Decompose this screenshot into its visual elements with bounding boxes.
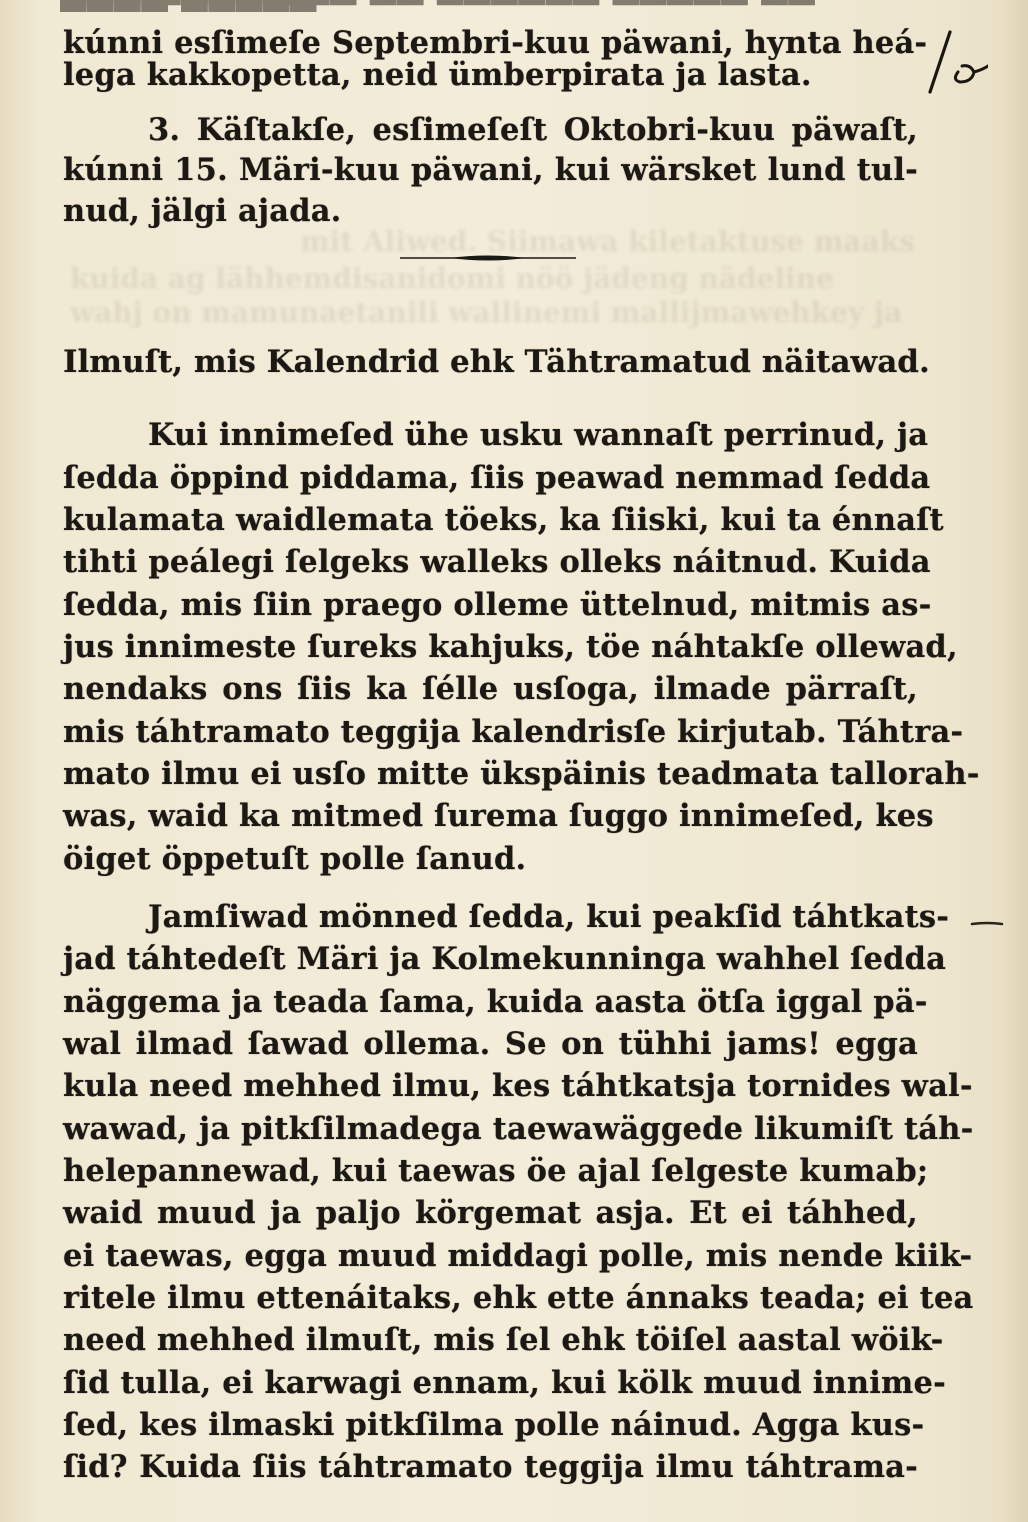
text-line: wawad, ja pitkſilmadega taewawäggede lik… — [63, 1110, 918, 1148]
bleed-through-text: wahj on mamunaetanili wallinemi mallijma… — [70, 296, 902, 329]
text-line: mis táhtramato teggija kalendrisſe kirju… — [63, 713, 918, 751]
ornamental-divider — [400, 254, 576, 260]
text-line: ſedda öppind piddama, ſiis peawad nemmad… — [63, 459, 918, 497]
text-line: ſed, kes ilmaski pitkſilma polle náinud.… — [63, 1406, 918, 1444]
margin-dash-mark — [970, 912, 1004, 918]
text-line: kúnni 15. Märi-kuu päwani, kui wärsket l… — [63, 151, 918, 189]
text-line: öiget öppetuſt polle ſanud. — [63, 840, 918, 878]
numbered-item-line: 3. Käſtakſe, esſimeſeſt Oktobri-kuu päwa… — [148, 111, 918, 149]
text-line: jad táhtedeſt Märi ja Kolmekunninga wahh… — [63, 940, 918, 978]
text-line: helepannewad, kui taewas öe ajal ſelgest… — [63, 1152, 918, 1190]
cropped-top-line: ▀▀▀ ▀▀▀▀ ▀▀▀ ▀▀ ▀▀▀▀▀▀ ▀▀▀▀▀ ▀▀ ▀▀▀▀ ▀▀▀… — [60, 0, 920, 12]
text-line: wal ilmad ſawad ollema. Se on tühhi jams… — [63, 1025, 918, 1063]
text-line: nendaks ons ſiis ka ſélle usſoga, ilmade… — [63, 670, 918, 708]
text-line: kula need mehhed ilmu, kes táhtkatsja to… — [63, 1067, 918, 1105]
text-line: Kui innimeſed ühe usku wannaſt perrinud,… — [148, 416, 918, 454]
text-line: kulamata waidlemata töeks, ka ſiiski, ku… — [63, 501, 918, 539]
text-line: need mehhed ilmuſt, mis ſel ehk töiſel a… — [63, 1321, 918, 1359]
handwritten-page-number-mark — [918, 28, 988, 98]
section-heading: Ilmuſt, mis Kalendrid ehk Tähtramatud nä… — [63, 342, 923, 382]
bleed-through-text: kuida ag lähhemdisanidomi nöö jädeng näd… — [70, 262, 834, 295]
text-line: ſedda, mis ſiin praego olleme üttelnud, … — [63, 586, 918, 624]
text-line: ſid? Kuida ſiis táhtramato teggija ilmu … — [63, 1448, 918, 1486]
text-line: ſid tulla, ei karwagi ennam, kui kölk mu… — [63, 1364, 918, 1402]
text-line: ritele ilmu ettenáitaks, ehk ette ánnaks… — [63, 1279, 918, 1317]
text-line: näggema ja teada ſama, kuida aasta ötſa … — [63, 983, 918, 1021]
text-line: ei taewas, egga muud middagi polle, mis … — [63, 1237, 918, 1275]
text-line: waid muud ja paljo körgemat asja. Et ei … — [63, 1194, 918, 1232]
text-line: was, waid ka mitmed ſurema ſuggo innimeſ… — [63, 797, 918, 835]
text-line: tihti peálegi ſelgeks walleks olleks nái… — [63, 543, 918, 581]
text-line: lega kakkopetta, neid ümberpirata ja las… — [63, 56, 763, 94]
scanned-book-page: ▀▀▀ ▀▀▀▀ ▀▀▀ ▀▀ ▀▀▀▀▀▀ ▀▀▀▀▀ ▀▀ ▀▀▀▀ ▀▀▀… — [0, 0, 1028, 1522]
text-line: mato ilmu ei usſo mitte ükspäinis teadma… — [63, 755, 918, 793]
text-line: nud, jälgi ajada. — [63, 192, 918, 230]
text-line: Jamſiwad mönned ſedda, kui peakſid táhtk… — [148, 898, 918, 936]
text-line: jus innimeste ſureks kahjuks, töe náhtak… — [63, 628, 918, 666]
